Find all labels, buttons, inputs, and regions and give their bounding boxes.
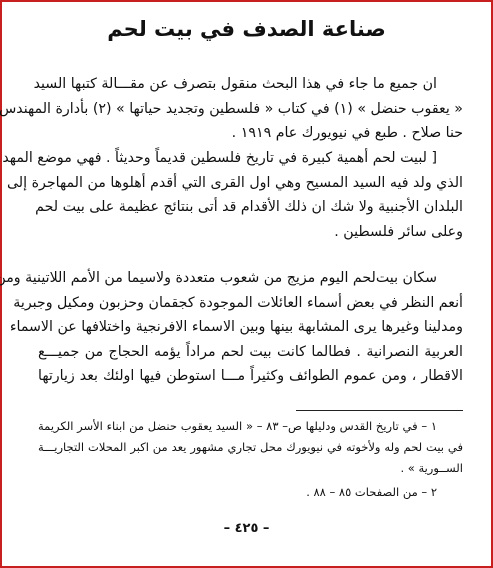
text-line: وعلى سائر فلسطين . (38, 220, 463, 245)
page-title: صناعة الصدف في بيت لحم (2, 15, 491, 43)
footnote-1: ١ – في تاريخ القدس ودليلها ص– ٨٣ – « الس… (38, 416, 463, 479)
footnotes: ١ – في تاريخ القدس ودليلها ص– ٨٣ – « الس… (38, 416, 463, 503)
text-line: [ لبيت لحم أهمية كبيرة في تاريخ فلسطين ق… (38, 146, 463, 171)
text-line: سكان بيت‌لحم اليوم مزيج من شعوب متعددة و… (38, 266, 463, 291)
text-line: أنعم النظر في بعض أسماء العائلات الموجود… (38, 291, 463, 316)
footnote-line: الســورية » . (38, 458, 463, 479)
text-line: حنا صلاح . طبع في نيويورك عام ١٩١٩ . (38, 121, 463, 146)
text-line: ان جميع ما جاء في هذا البحث منقول بتصرف … (38, 72, 463, 97)
footnote-line: في بيت لحم وله ولأخوته في نيويورك محل تج… (38, 437, 463, 458)
text-line: الذي ولد فيه السيد المسيح وهي اول القرى … (38, 171, 463, 196)
text-line: البلدان الأجنبية ولا شك ان ذلك الأقدام ق… (38, 195, 463, 220)
paragraph-3: سكان بيت‌لحم اليوم مزيج من شعوب متعددة و… (38, 266, 463, 389)
paragraph-1: ان جميع ما جاء في هذا البحث منقول بتصرف … (38, 72, 463, 146)
footnote-line: ٢ – من الصفحات ٨٥ – ٨٨ . (38, 482, 463, 503)
text-line: العربية النصرانية . فطالما كانت بيت لحم … (38, 340, 463, 365)
footnote-divider (296, 410, 463, 411)
footnote-line: ١ – في تاريخ القدس ودليلها ص– ٨٣ – « الس… (38, 416, 463, 437)
text-line: الاقطار ، ومن عموم الطوائف وكثيراً مـــا… (38, 364, 463, 389)
paragraph-2: [ لبيت لحم أهمية كبيرة في تاريخ فلسطين ق… (38, 146, 463, 244)
text-line: « يعقوب حنضل » (١) في كتاب « فلسطين وتجد… (38, 97, 463, 122)
text-line: ومدلينا وغيرها يرى المشابهة بينها وبين ا… (38, 315, 463, 340)
document-page: صناعة الصدف في بيت لحم ان جميع ما جاء في… (0, 0, 493, 568)
page-number: – ٤٢٥ – (2, 521, 491, 536)
footnote-2: ٢ – من الصفحات ٨٥ – ٨٨ . (38, 482, 463, 503)
